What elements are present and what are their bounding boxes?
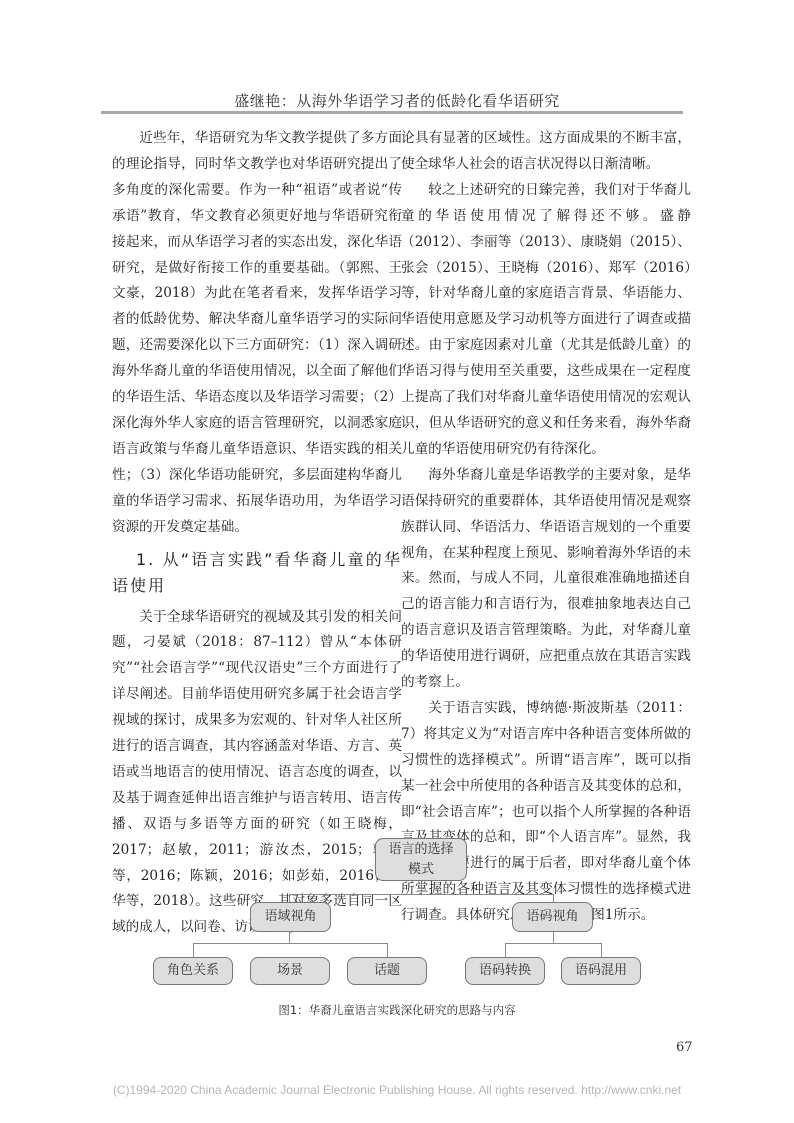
connector-right-bar	[505, 943, 602, 944]
node-setting: 场景	[250, 957, 330, 985]
page-number: 67	[676, 1040, 693, 1055]
node-topic: 话题	[347, 957, 427, 985]
node-code-switching: 语码转换	[465, 957, 545, 985]
node-domain-perspective: 语域视角	[250, 902, 331, 932]
connector-right-child-2	[601, 943, 602, 957]
running-title: 盛继艳：从海外华语学习者的低龄化看华语研究	[0, 90, 794, 111]
figure-caption: 图1：华裔儿童语言实践深化研究的思路与内容	[0, 1002, 794, 1018]
node-language-choice-pattern: 语言的选择 模式	[375, 838, 467, 881]
connector-left-child-3	[387, 943, 388, 957]
paragraph: 关于语言实践，博纳德·斯波斯基（2011：7）将其定义为“对语言库中各种语言变体…	[401, 696, 691, 929]
paragraph: 较之上述研究的日臻完善，我们对于华裔儿童的华语使用情况了解得还不够。盛静（201…	[401, 178, 691, 463]
connector-right-stem	[553, 932, 554, 943]
connector-left-child-1	[193, 943, 194, 957]
paragraph: 海外华裔儿童是华语教学的主要对象，是华语保持研究的重要群体，其华语使用情况是观察…	[401, 463, 691, 696]
node-label: 语言的选择	[388, 840, 453, 860]
paragraph-continuation: 论具有显著的区域性。这方面成果的不断丰富，使全球华人社会的语言状况得以日渐清晰。	[401, 126, 691, 178]
right-column: 论具有显著的区域性。这方面成果的不断丰富，使全球华人社会的语言状况得以日渐清晰。…	[401, 126, 691, 929]
connector-right-child-1	[505, 943, 506, 957]
header-divider	[101, 111, 683, 114]
connector-left-bar	[193, 943, 387, 944]
copyright-footer: (C)1994-2020 China Academic Journal Elec…	[0, 1083, 794, 1097]
section-heading: 1. 从“语言实践”看华裔儿童的华语使用	[112, 547, 402, 599]
node-code-mixing: 语码混用	[561, 957, 641, 985]
left-column: 近些年，华语研究为华文教学提供了多方面的理论指导，同时华文教学也对华语研究提出了…	[112, 126, 402, 941]
node-code-perspective: 语码视角	[512, 902, 593, 932]
node-role-relationship: 角色关系	[153, 957, 233, 985]
paragraph: 关于全球华语研究的视域及其引发的相关问题，刁晏斌（2018：87–112）曾从“…	[112, 605, 402, 942]
paragraph: 近些年，华语研究为华文教学提供了多方面的理论指导，同时华文教学也对华语研究提出了…	[112, 126, 402, 541]
node-label: 模式	[408, 860, 434, 880]
